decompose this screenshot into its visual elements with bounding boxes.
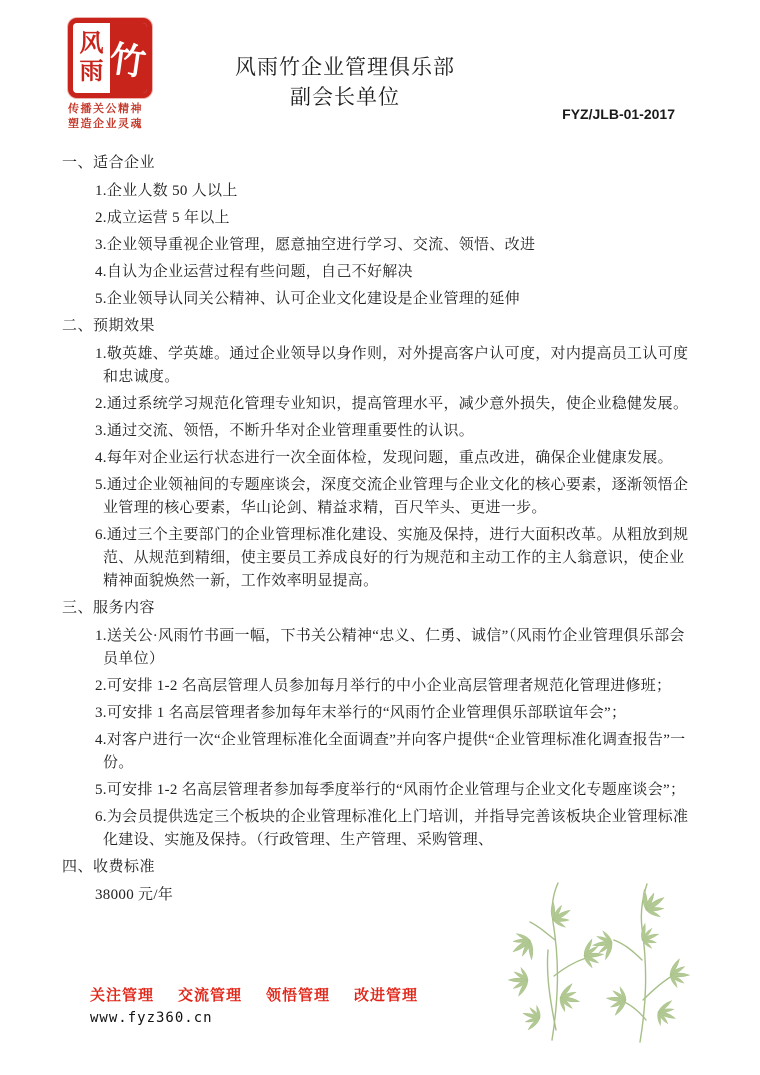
footer-slogan: 改进管理 [354, 984, 418, 1005]
section-heading: 一、适合企业 [62, 152, 690, 175]
section-suitable-enterprises: 一、适合企业 1.企业人数 50 人以上 2.成立运营 5 年以上 3.企业领导… [62, 152, 690, 311]
list-item: 4.自认为企业运营过程有些问题，自己不好解决 [62, 261, 690, 284]
section-service-content: 三、服务内容 1.送关公·风雨竹书画一幅，下书关公精神“忠义、仁勇、诚信”（风雨… [62, 597, 690, 852]
seal-right-panel: 竹 [110, 23, 147, 93]
seal-left-panel: 风 雨 [73, 23, 110, 93]
document-footer: 关注管理 交流管理 领悟管理 改进管理 www.fyz360.cn [90, 984, 418, 1026]
list-item: 2.可安排 1-2 名高层管理人员参加每月举行的中小企业高层管理者规范化管理进修… [62, 675, 690, 698]
list-item: 5.通过企业领袖间的专题座谈会，深度交流企业管理与企业文化的核心要素，逐渐领悟企… [62, 474, 690, 520]
title-line2: 副会长单位 [145, 82, 545, 112]
seal-char-zhu: 竹 [107, 30, 150, 86]
list-item: 4.每年对企业运行状态进行一次全面体检，发现问题，重点改进，确保企业健康发展。 [62, 447, 690, 470]
footer-slogan: 领悟管理 [266, 984, 330, 1005]
title-line1: 风雨竹企业管理俱乐部 [145, 52, 545, 82]
section-expected-results: 二、预期效果 1.敬英雄、学英雄。通过企业领导以身作则，对外提高客户认可度，对内… [62, 315, 690, 593]
list-item: 3.可安排 1 名高层管理者参加每年末举行的“风雨竹企业管理俱乐部联谊年会”； [62, 702, 690, 725]
red-seal-logo-icon: 风 雨 竹 [68, 18, 152, 98]
list-item: 6.通过三个主要部门的企业管理标准化建设、实施及保持，进行大面积改革。从粗放到规… [62, 524, 690, 593]
list-item: 3.企业领导重视企业管理，愿意抽空进行学习、交流、领悟、改进 [62, 234, 690, 257]
list-item: 6.为会员提供选定三个板块的企业管理标准化上门培训，并指导完善该板块企业管理标准… [62, 806, 690, 852]
footer-slogan: 交流管理 [178, 984, 242, 1005]
list-item: 1.敬英雄、学英雄。通过企业领导以身作则，对外提高客户认可度，对内提高员工认可度… [62, 343, 690, 389]
footer-slogans: 关注管理 交流管理 领悟管理 改进管理 [90, 984, 418, 1005]
section-heading: 三、服务内容 [62, 597, 690, 620]
list-item: 3.通过交流、领悟，不断升华对企业管理重要性的认识。 [62, 420, 690, 443]
document-body: 一、适合企业 1.企业人数 50 人以上 2.成立运营 5 年以上 3.企业领导… [0, 152, 760, 907]
logo-slogan-line2: 塑造企业灵魂 [68, 117, 168, 132]
list-item: 4.对客户进行一次“企业管理标准化全面调查”并向客户提供“企业管理标准化调查报告… [62, 729, 690, 775]
list-item: 5.企业领导认同关公精神、认可企业文化建设是企业管理的延伸 [62, 288, 690, 311]
list-item: 1.送关公·风雨竹书画一幅，下书关公精神“忠义、仁勇、诚信”（风雨竹企业管理俱乐… [62, 625, 690, 671]
list-item: 1.企业人数 50 人以上 [62, 180, 690, 203]
section-heading: 四、收费标准 [62, 856, 690, 879]
website-url: www.fyz360.cn [90, 1010, 418, 1026]
list-item: 2.成立运营 5 年以上 [62, 207, 690, 230]
bamboo-decoration-icon [500, 880, 695, 1048]
document-code: FYZ/JLB-01-2017 [562, 106, 675, 122]
page-title: 风雨竹企业管理俱乐部 副会长单位 [145, 52, 545, 112]
seal-char-feng: 风 [80, 30, 104, 58]
document-header: 风 雨 竹 传播关公精神 塑造企业灵魂 风雨竹企业管理俱乐部 副会长单位 FYZ… [0, 0, 760, 148]
document-page: 风 雨 竹 传播关公精神 塑造企业灵魂 风雨竹企业管理俱乐部 副会长单位 FYZ… [0, 0, 760, 1075]
section-heading: 二、预期效果 [62, 315, 690, 338]
seal-char-yu: 雨 [80, 58, 104, 86]
list-item: 2.通过系统学习规范化管理专业知识，提高管理水平，减少意外损失，使企业稳健发展。 [62, 393, 690, 416]
list-item: 5.可安排 1-2 名高层管理者参加每季度举行的“风雨竹企业管理与企业文化专题座… [62, 779, 690, 802]
footer-slogan: 关注管理 [90, 984, 154, 1005]
